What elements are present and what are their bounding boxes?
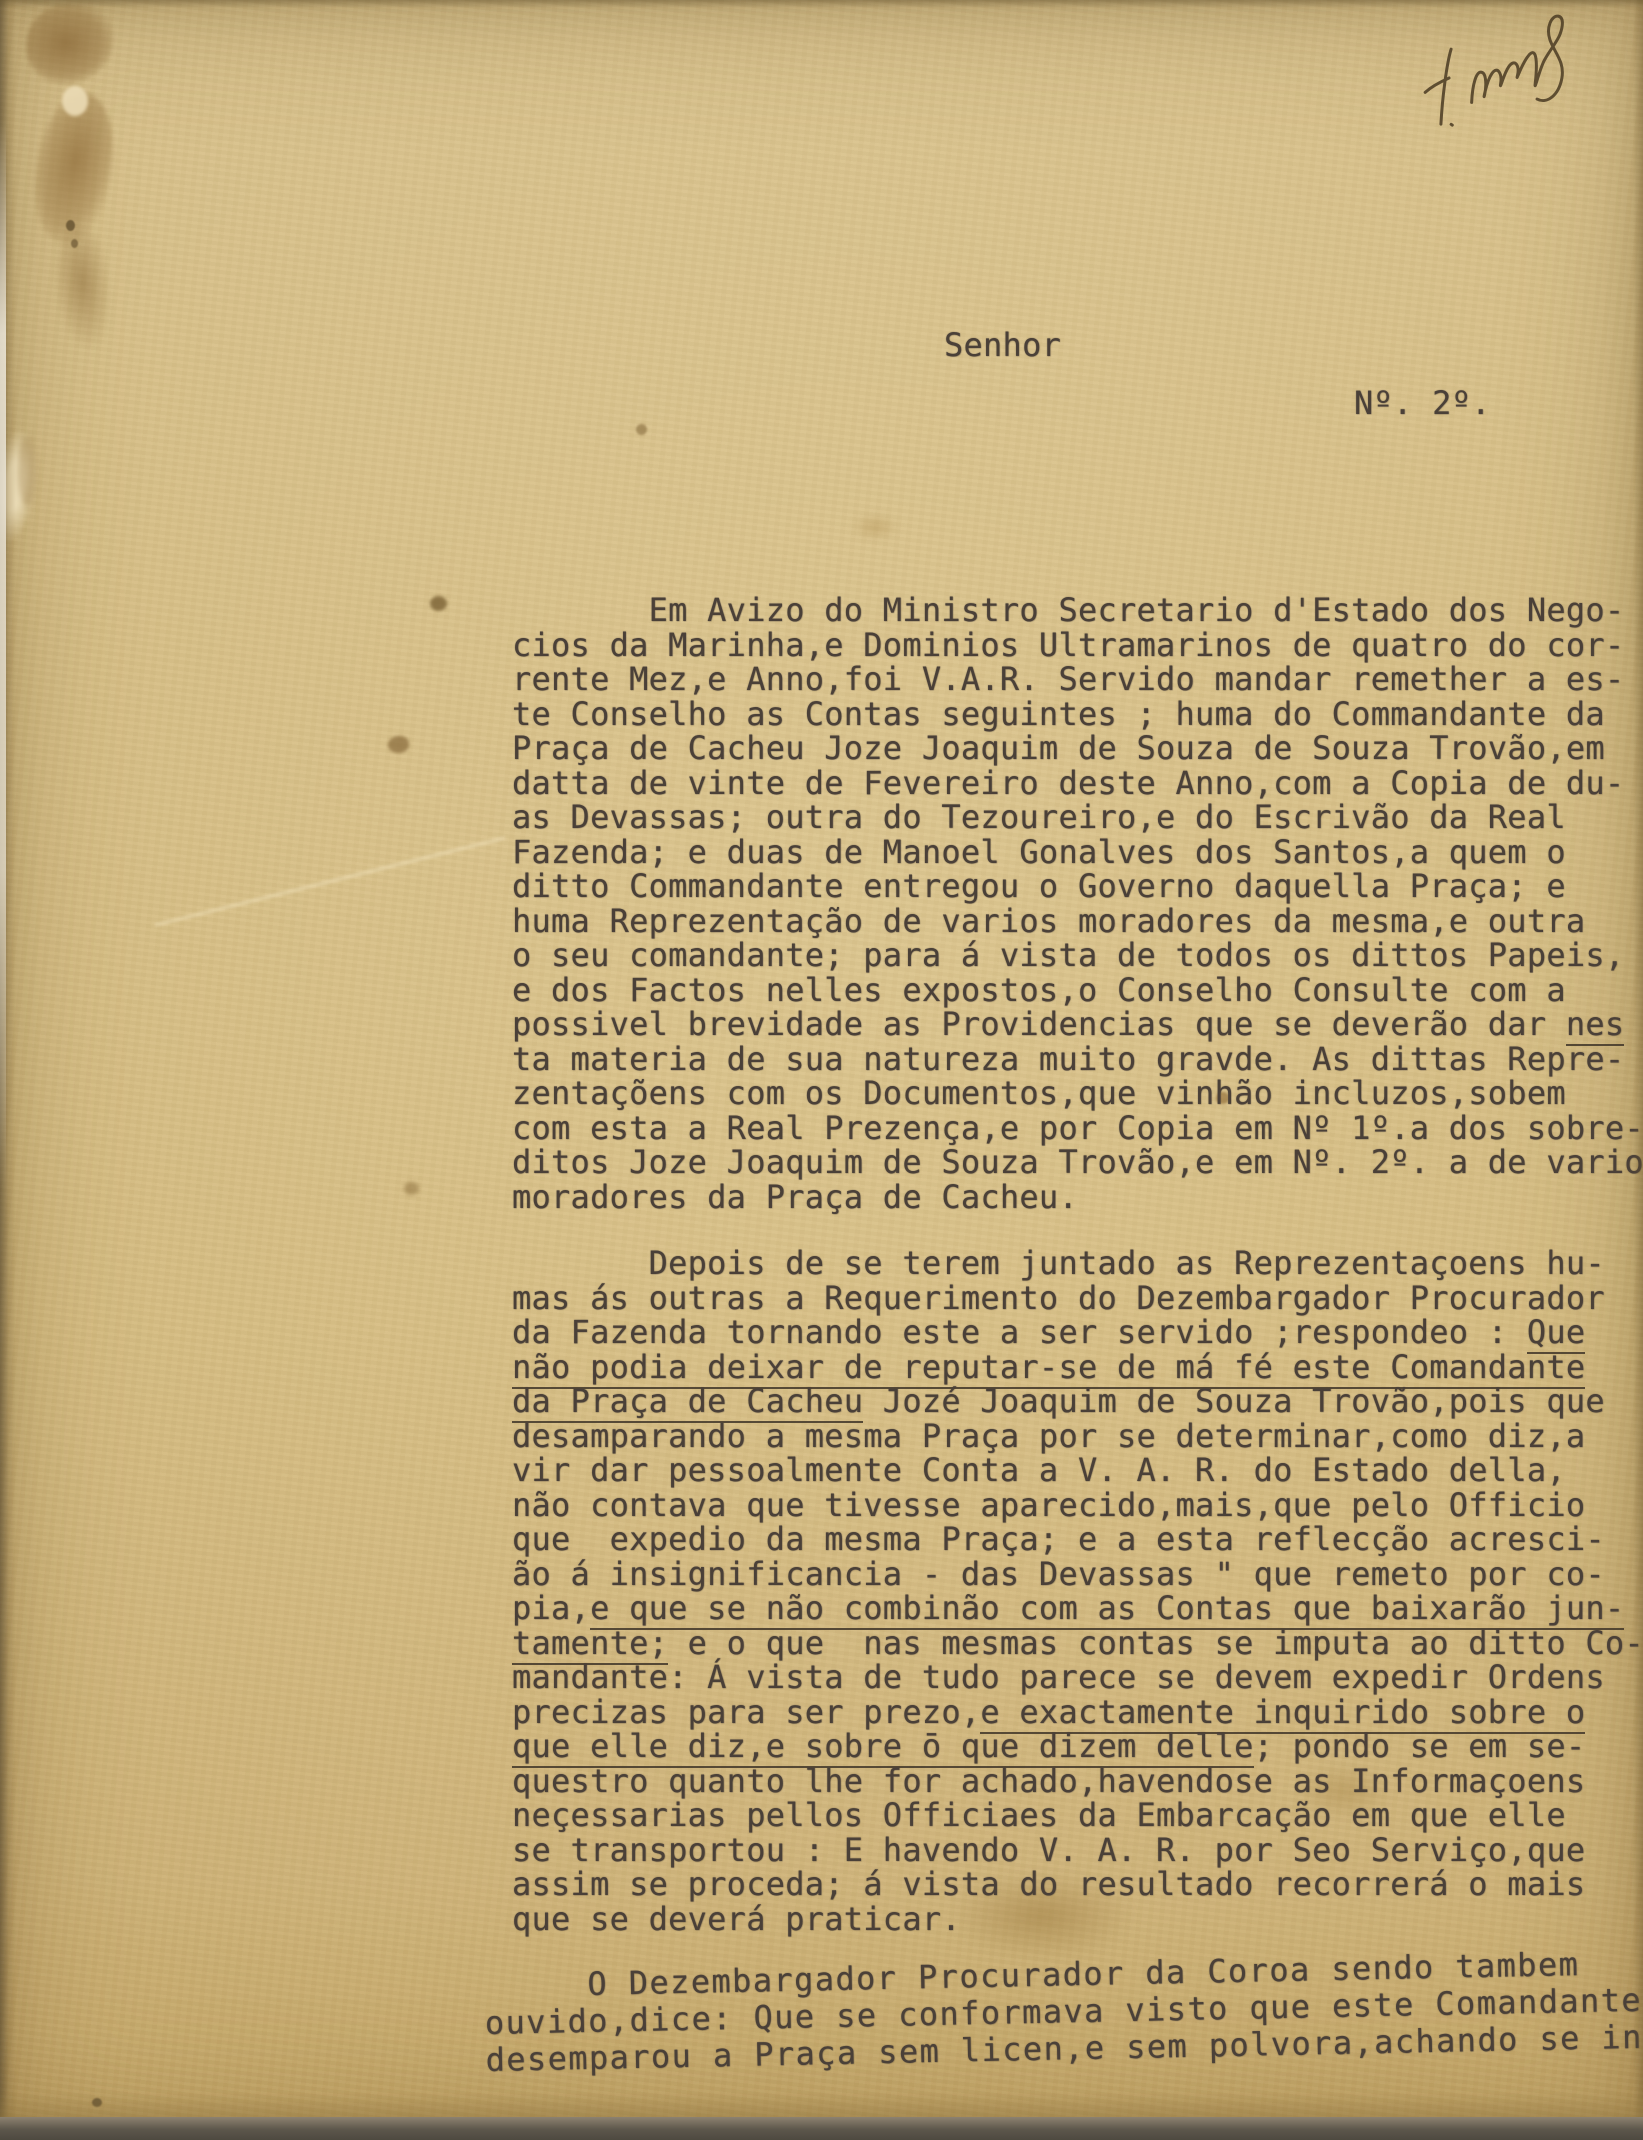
text-segment: cios da Marinha,e Dominios Ultramarinos …	[512, 626, 1624, 664]
document-body: Em Avizo do Ministro Secretario d'Estado…	[512, 593, 1643, 2111]
paragraph: Depois de se terem juntado as Reprezenta…	[512, 1246, 1643, 1936]
text-segment: se transportou : E havendo V. A. R. por …	[512, 1831, 1585, 1869]
text-segment: da Fazenda tornando este a ser servido ;…	[512, 1313, 1527, 1351]
text-line: mandante: Á vista de tudo parece se deve…	[512, 1660, 1643, 1695]
text-line: que se deverá praticar.	[512, 1902, 1643, 1937]
document-page: Senhor Nº. 2º. Em Avizo do Ministro Secr…	[0, 0, 1643, 2140]
stain	[636, 424, 647, 435]
text-line: questro quanto lhe for achado,havendose …	[512, 1764, 1643, 1799]
page-top-edge	[0, 0, 1643, 8]
text-line: as Devassas; outra do Tezoureiro,e do Es…	[512, 800, 1643, 835]
text-line: ditos Joze Joaquim de Souza Trovão,e em …	[512, 1145, 1643, 1180]
text-line: Depois de se terem juntado as Reprezenta…	[512, 1246, 1643, 1281]
text-segment: ditto Commandante entregou o Governo daq…	[512, 867, 1566, 905]
text-segment: Jozé Joaquim de Souza Trovão,pois que	[863, 1382, 1605, 1420]
page-left-edge-highlight	[0, 120, 6, 1190]
text-line: ão á insignificancia - das Devassas " qu…	[512, 1557, 1643, 1592]
text-line: da Praça de Cacheu Jozé Joaquim de Souza…	[512, 1384, 1643, 1419]
text-line: se transportou : E havendo V. A. R. por …	[512, 1833, 1643, 1868]
text-segment: huma Reprezentação de varios moradores d…	[512, 902, 1585, 940]
text-line: huma Reprezentação de varios moradores d…	[512, 904, 1643, 939]
text-segment: Praça de Cacheu Joze Joaquim de Souza de…	[512, 729, 1605, 767]
ink-speck	[66, 220, 75, 231]
text-line: que elle diz,e sobre ō que dizem delle; …	[512, 1729, 1643, 1764]
stain	[26, 2, 114, 84]
text-segment: e o que nas mesmas contas se imputa ao d…	[668, 1624, 1643, 1662]
text-line: neçessarias pellos Officiaes da Embarcaç…	[512, 1798, 1643, 1833]
text-segment: que se deverá praticar.	[512, 1900, 961, 1938]
text-line: precizas para ser prezo,e exactamente in…	[512, 1695, 1643, 1730]
text-segment: Fazenda; e duas de Manoel Gonalves dos S…	[512, 833, 1566, 871]
stain	[404, 1182, 419, 1195]
text-segment: zentaçõens com os Documentos,que vinhão …	[512, 1074, 1566, 1112]
stain	[852, 514, 898, 540]
text-segment: moradores da Praça de Cacheu.	[512, 1178, 1078, 1216]
salutation: Senhor	[944, 326, 1061, 364]
text-segment: Depois de se terem juntado as Reprezenta…	[512, 1244, 1605, 1282]
scan-background-strip	[0, 2117, 1643, 2140]
text-line: possivel brevidade as Providencias que s…	[512, 1007, 1643, 1042]
stain	[21, 86, 127, 250]
text-segment: Em Avizo do Ministro Secretario d'Estado…	[512, 591, 1624, 629]
text-line: rente Mez,e Anno,foi V.A.R. Servido mand…	[512, 662, 1643, 697]
text-segment: vir dar pessoalmente Conta a V. A. R. do…	[512, 1451, 1566, 1489]
text-line: moradores da Praça de Cacheu.	[512, 1180, 1643, 1215]
text-line: que expedio da mesma Praça; e a esta ref…	[512, 1522, 1643, 1557]
text-segment: ta materia de sua natureza muito gravde.…	[512, 1040, 1624, 1078]
text-segment: ditos Joze Joaquim de Souza Trovão,e em …	[512, 1143, 1643, 1181]
text-segment: precizas para ser prezo,	[512, 1693, 980, 1731]
text-segment: e dos Factos nelles expostos,o Conselho …	[512, 971, 1566, 1009]
text-line: zentaçõens com os Documentos,que vinhão …	[512, 1076, 1643, 1111]
text-line: e dos Factos nelles expostos,o Conselho …	[512, 973, 1643, 1008]
text-segment: mas ás outras a Requerimento do Dezembar…	[512, 1279, 1605, 1317]
text-line: datta de vinte de Fevereiro deste Anno,c…	[512, 766, 1643, 801]
text-line: Em Avizo do Ministro Secretario d'Estado…	[512, 593, 1643, 628]
text-line: tamente; e o que nas mesmas contas se im…	[512, 1626, 1643, 1661]
text-segment: desamparando a mesma Praça por se determ…	[512, 1417, 1585, 1455]
text-line: ta materia de sua natureza muito gravde.…	[512, 1042, 1643, 1077]
paragraph: O Dezembargador Procurador da Coroa send…	[484, 1944, 1643, 2079]
text-line: não contava que tivesse aparecido,mais,q…	[512, 1488, 1643, 1523]
text-line: assim se proceda; á vista do resultado r…	[512, 1867, 1643, 1902]
text-line: o seu comandante; para á vista de todos …	[512, 938, 1643, 973]
text-segment: ão á insignificancia - das Devassas " qu…	[512, 1555, 1605, 1593]
paragraph: Em Avizo do Ministro Secretario d'Estado…	[512, 593, 1643, 1214]
text-segment: pia,	[512, 1589, 590, 1627]
text-line: Fazenda; e duas de Manoel Gonalves dos S…	[512, 835, 1643, 870]
page-bottom-edge	[0, 2092, 1643, 2118]
paper-crease	[155, 836, 505, 926]
ink-speck	[71, 239, 78, 248]
stain	[430, 596, 447, 611]
text-segment: te Conselho as Contas seguintes ; huma d…	[512, 695, 1605, 733]
text-line: vir dar pessoalmente Conta a V. A. R. do…	[512, 1453, 1643, 1488]
text-line: da Fazenda tornando este a ser servido ;…	[512, 1315, 1643, 1350]
signature-icon	[1391, 0, 1643, 138]
text-segment: com esta a Real Prezença,e por Copia em …	[512, 1109, 1643, 1147]
text-segment: mandante: Á vista de tudo parece se deve…	[512, 1658, 1605, 1696]
text-line: ditto Commandante entregou o Governo daq…	[512, 869, 1643, 904]
stain	[18, 436, 36, 506]
text-line: mas ás outras a Requerimento do Dezembar…	[512, 1281, 1643, 1316]
page-right-edge	[1633, 0, 1643, 2140]
text-segment: questro quanto lhe for achado,havendose …	[512, 1762, 1585, 1800]
paper-tear	[62, 86, 88, 116]
document-number: Nº. 2º.	[1354, 384, 1491, 422]
stain	[388, 736, 409, 753]
text-segment: ; pondo se em se-	[1254, 1727, 1586, 1765]
text-line: cios da Marinha,e Dominios Ultramarinos …	[512, 628, 1643, 663]
text-segment: datta de vinte de Fevereiro deste Anno,c…	[512, 764, 1624, 802]
text-segment: assim se proceda; á vista do resultado r…	[512, 1865, 1585, 1903]
text-line: com esta a Real Prezença,e por Copia em …	[512, 1111, 1643, 1146]
text-segment: que expedio da mesma Praça; e a esta ref…	[512, 1520, 1605, 1558]
text-line: pia,e que se não combinão com as Contas …	[512, 1591, 1643, 1626]
text-line: te Conselho as Contas seguintes ; huma d…	[512, 697, 1643, 732]
text-segment: as Devassas; outra do Tezoureiro,e do Es…	[512, 798, 1566, 836]
text-segment: não contava que tivesse aparecido,mais,q…	[512, 1486, 1585, 1524]
text-line: não podia deixar de reputar-se de má fé …	[512, 1350, 1643, 1385]
text-segment: neçessarias pellos Officiaes da Embarcaç…	[512, 1796, 1566, 1834]
text-line: Praça de Cacheu Joze Joaquim de Souza de…	[512, 731, 1643, 766]
stain	[50, 226, 116, 351]
text-segment: rente Mez,e Anno,foi V.A.R. Servido mand…	[512, 660, 1624, 698]
text-line: desamparando a mesma Praça por se determ…	[512, 1419, 1643, 1454]
text-segment: possivel brevidade as Providencias que s…	[512, 1005, 1566, 1043]
text-segment: o seu comandante; para á vista de todos …	[512, 936, 1624, 974]
